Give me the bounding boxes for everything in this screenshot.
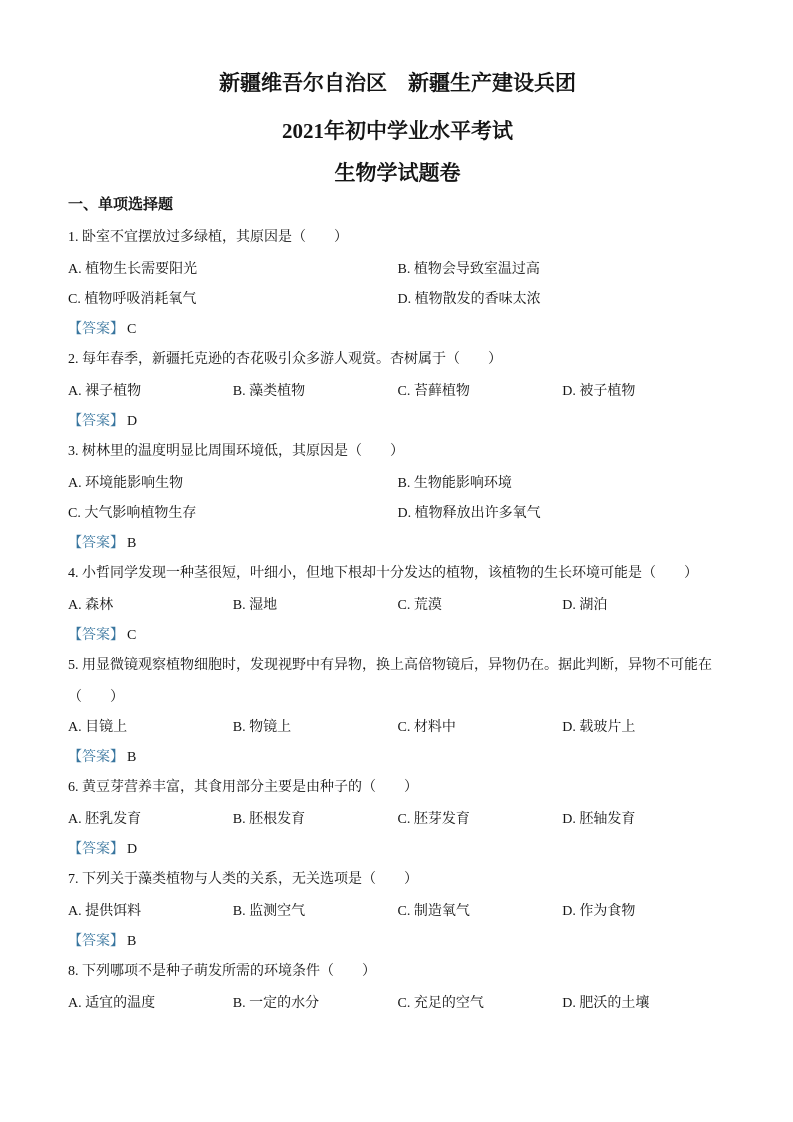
option: B. 物镜上: [233, 719, 398, 736]
question-stem: 6. 黄豆芽营养丰富，其食用部分主要是由种子的（ ）: [68, 779, 727, 796]
option: B. 生物能影响环境: [398, 475, 728, 492]
option: B. 监测空气: [233, 903, 398, 920]
answer-label: 【答案】: [68, 750, 124, 765]
answer-line: 【答案】D: [68, 413, 727, 430]
option: D. 植物释放出许多氧气: [398, 505, 728, 522]
option: D. 植物散发的香味太浓: [398, 291, 728, 308]
answer-line: 【答案】C: [68, 627, 727, 644]
answer-line: 【答案】C: [68, 321, 727, 338]
question-block: 4. 小哲同学发现一种茎很短，叶细小，但地下根却十分发达的植物，该植物的生长环境…: [68, 565, 727, 644]
option: C. 大气影响植物生存: [68, 505, 398, 522]
answer-value: D: [127, 842, 137, 857]
option: D. 肥沃的土壤: [562, 995, 727, 1012]
option: D. 胚轴发育: [562, 811, 727, 828]
answer-value: B: [127, 750, 136, 765]
question-block: 5. 用显微镜观察植物细胞时，发现视野中有异物，换上高倍物镜后，异物仍在。据此判…: [68, 657, 727, 766]
question-block: 3. 树林里的温度明显比周围环境低，其原因是（ ） A. 环境能影响生物B. 生…: [68, 443, 727, 552]
question-stem: 8. 下列哪项不是种子萌发所需的环境条件（ ）: [68, 963, 727, 980]
question-block: 6. 黄豆芽营养丰富，其食用部分主要是由种子的（ ） A. 胚乳发育B. 胚根发…: [68, 779, 727, 858]
options-row: A. 森林B. 湿地C. 荒漠D. 湖泊: [68, 597, 727, 614]
option: A. 适宜的温度: [68, 995, 233, 1012]
question-block: 8. 下列哪项不是种子萌发所需的环境条件（ ） A. 适宜的温度B. 一定的水分…: [68, 963, 727, 1012]
option: B. 植物会导致室温过高: [398, 261, 728, 278]
options-row: A. 胚乳发育B. 胚根发育C. 胚芽发育D. 胚轴发育: [68, 811, 727, 828]
answer-value: B: [127, 934, 136, 949]
exam-paper-page: 新疆维吾尔自治区 新疆生产建设兵团 2021年初中学业水平考试 生物学试题卷 一…: [68, 70, 727, 1012]
option: A. 森林: [68, 597, 233, 614]
question-stem: 7. 下列关于藻类植物与人类的关系，无关选项是（ ）: [68, 871, 727, 888]
answer-value: D: [127, 414, 137, 429]
question-block: 1. 卧室不宜摆放过多绿植，其原因是（ ） A. 植物生长需要阳光B. 植物会导…: [68, 229, 727, 338]
option: C. 苔藓植物: [398, 383, 563, 400]
options-row: A. 提供饵料B. 监测空气C. 制造氧气D. 作为食物: [68, 903, 727, 920]
answer-value: C: [127, 628, 136, 643]
question-stem: 3. 树林里的温度明显比周围环境低，其原因是（ ）: [68, 443, 727, 460]
answer-line: 【答案】B: [68, 749, 727, 766]
option: A. 裸子植物: [68, 383, 233, 400]
option: A. 目镜上: [68, 719, 233, 736]
options-row: A. 环境能影响生物B. 生物能影响环境C. 大气影响植物生存D. 植物释放出许…: [68, 475, 727, 522]
option: C. 植物呼吸消耗氧气: [68, 291, 398, 308]
option: A. 胚乳发育: [68, 811, 233, 828]
section-heading: 一、单项选择题: [68, 197, 727, 214]
question-stem-continuation: （ ）: [68, 689, 727, 706]
answer-label: 【答案】: [68, 414, 124, 429]
answer-line: 【答案】B: [68, 933, 727, 950]
option: A. 环境能影响生物: [68, 475, 398, 492]
answer-line: 【答案】B: [68, 535, 727, 552]
option: C. 材料中: [398, 719, 563, 736]
answer-label: 【答案】: [68, 536, 124, 551]
answer-label: 【答案】: [68, 322, 124, 337]
question-block: 7. 下列关于藻类植物与人类的关系，无关选项是（ ） A. 提供饵料B. 监测空…: [68, 871, 727, 950]
option: C. 充足的空气: [398, 995, 563, 1012]
question-stem: 5. 用显微镜观察植物细胞时，发现视野中有异物，换上高倍物镜后，异物仍在。据此判…: [68, 657, 727, 674]
answer-label: 【答案】: [68, 628, 124, 643]
question-stem: 4. 小哲同学发现一种茎很短，叶细小，但地下根却十分发达的植物，该植物的生长环境…: [68, 565, 727, 582]
options-row: A. 目镜上B. 物镜上C. 材料中D. 载玻片上: [68, 719, 727, 736]
option: B. 一定的水分: [233, 995, 398, 1012]
question-stem: 1. 卧室不宜摆放过多绿植，其原因是（ ）: [68, 229, 727, 246]
answer-line: 【答案】D: [68, 841, 727, 858]
answer-value: B: [127, 536, 136, 551]
paper-header: 新疆维吾尔自治区 新疆生产建设兵团 2021年初中学业水平考试 生物学试题卷: [68, 70, 727, 186]
option: D. 湖泊: [562, 597, 727, 614]
question-block: 2. 每年春季，新疆托克逊的杏花吸引众多游人观赏。杏树属于（ ） A. 裸子植物…: [68, 351, 727, 430]
option: B. 胚根发育: [233, 811, 398, 828]
option: B. 藻类植物: [233, 383, 398, 400]
option: A. 植物生长需要阳光: [68, 261, 398, 278]
options-row: A. 植物生长需要阳光B. 植物会导致室温过高C. 植物呼吸消耗氧气D. 植物散…: [68, 261, 727, 308]
option: D. 被子植物: [562, 383, 727, 400]
option: D. 载玻片上: [562, 719, 727, 736]
question-list: 1. 卧室不宜摆放过多绿植，其原因是（ ） A. 植物生长需要阳光B. 植物会导…: [68, 229, 727, 1012]
option: D. 作为食物: [562, 903, 727, 920]
paper-title-year-exam: 2021年初中学业水平考试: [68, 118, 727, 144]
option: B. 湿地: [233, 597, 398, 614]
answer-label: 【答案】: [68, 842, 124, 857]
paper-title-region: 新疆维吾尔自治区 新疆生产建设兵团: [68, 70, 727, 96]
option: A. 提供饵料: [68, 903, 233, 920]
answer-value: C: [127, 322, 136, 337]
options-row: A. 适宜的温度B. 一定的水分C. 充足的空气D. 肥沃的土壤: [68, 995, 727, 1012]
question-stem: 2. 每年春季，新疆托克逊的杏花吸引众多游人观赏。杏树属于（ ）: [68, 351, 727, 368]
options-row: A. 裸子植物B. 藻类植物C. 苔藓植物D. 被子植物: [68, 383, 727, 400]
paper-title-subject: 生物学试题卷: [68, 160, 727, 186]
option: C. 胚芽发育: [398, 811, 563, 828]
option: C. 荒漠: [398, 597, 563, 614]
option: C. 制造氧气: [398, 903, 563, 920]
answer-label: 【答案】: [68, 934, 124, 949]
